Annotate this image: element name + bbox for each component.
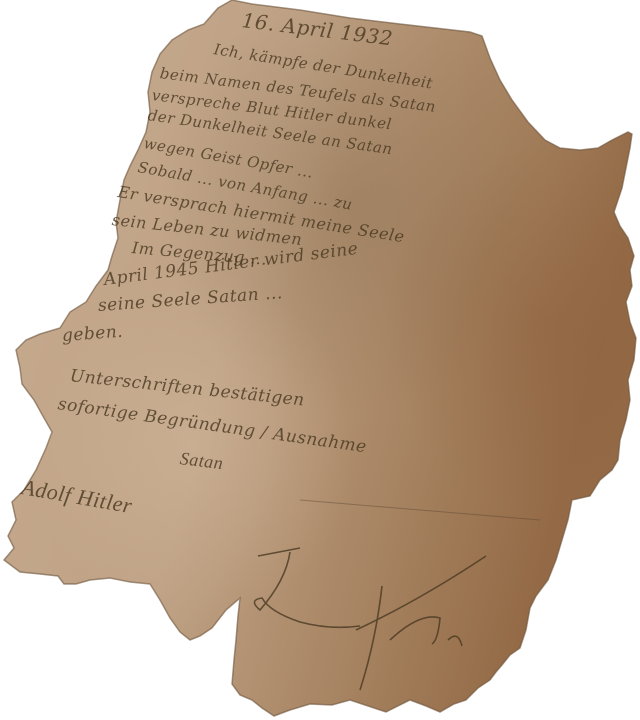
text-line: geben. xyxy=(61,322,123,346)
document-photo: 16. April 1932 Ich, kämpfe der Dunkelhei… xyxy=(0,0,640,720)
